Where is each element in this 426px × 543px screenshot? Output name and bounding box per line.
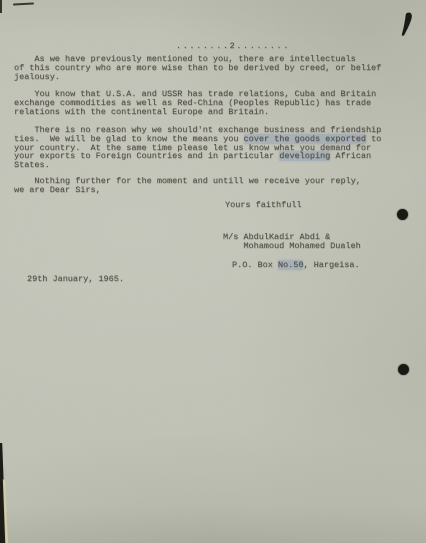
highlighted-text-developing: developing [279,151,330,161]
pen-dash-mark [13,2,34,5]
hole-punch-dot [397,209,408,220]
signature-address: P.O. Box No.50, Hargeisa. [232,261,360,270]
paper-grain-texture [0,0,426,543]
closing-salutation: Yours faithfull [225,201,302,210]
highlighted-text-po-box: No.50 [278,260,304,270]
page-edge-shadow [0,443,10,543]
address-text: , Hargeisa. [303,260,359,270]
address-text: P.O. Box [232,260,278,270]
ink-smudge [398,12,413,38]
page-number: ........2........ [176,42,290,51]
paragraph-exchange-business: There is no reason why we should'nt exch… [14,126,381,170]
paragraph-trade-relations: You know that U.S.A. and USSR has trade … [14,90,376,116]
date-line: 29th January, 1965. [27,275,124,284]
paragraph-nothing-further: Nothing further for the moment and until… [14,177,361,195]
signature-names: M/s AbdulKadir Abdi & Mohamoud Mohamed D… [223,233,361,251]
paragraph-intellectuals: As we have previously mentioned to you, … [14,55,381,81]
hole-punch-dot [398,364,409,375]
scan-edge-sliver [0,0,2,13]
